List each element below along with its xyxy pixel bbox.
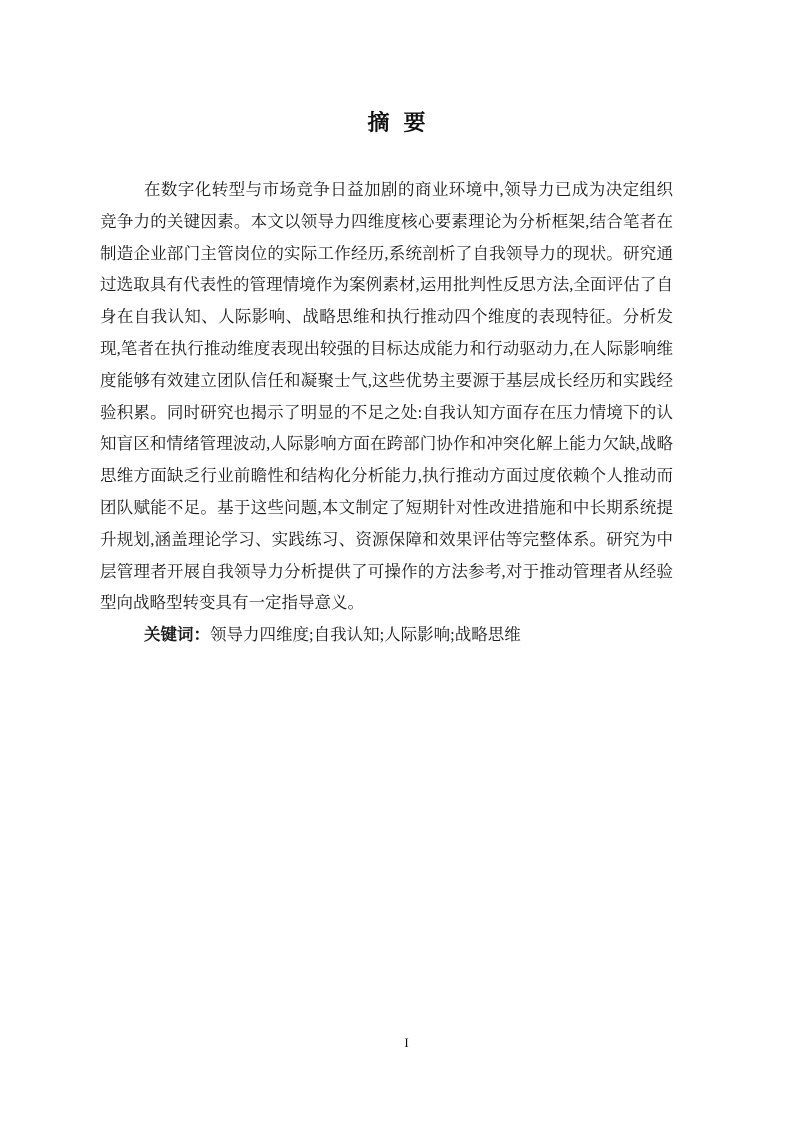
- keywords-text: 领导力四维度;自我认知;人际影响;战略思维: [210, 625, 521, 644]
- page-number: I: [404, 1035, 408, 1050]
- abstract-paragraph: 在数字化转型与市场竞争日益加剧的商业环境中,领导力已成为决定组织竞争力的关键因素…: [100, 174, 673, 619]
- document-page: 摘要 在数字化转型与市场竞争日益加剧的商业环境中,领导力已成为决定组织竞争力的关…: [0, 0, 793, 1122]
- page-footer: I: [0, 1035, 793, 1051]
- keywords-label: 关键词：: [144, 625, 210, 644]
- keywords-line: 关键词：领导力四维度;自我认知;人际影响;战略思维: [100, 619, 673, 651]
- page-title: 摘要: [0, 108, 793, 138]
